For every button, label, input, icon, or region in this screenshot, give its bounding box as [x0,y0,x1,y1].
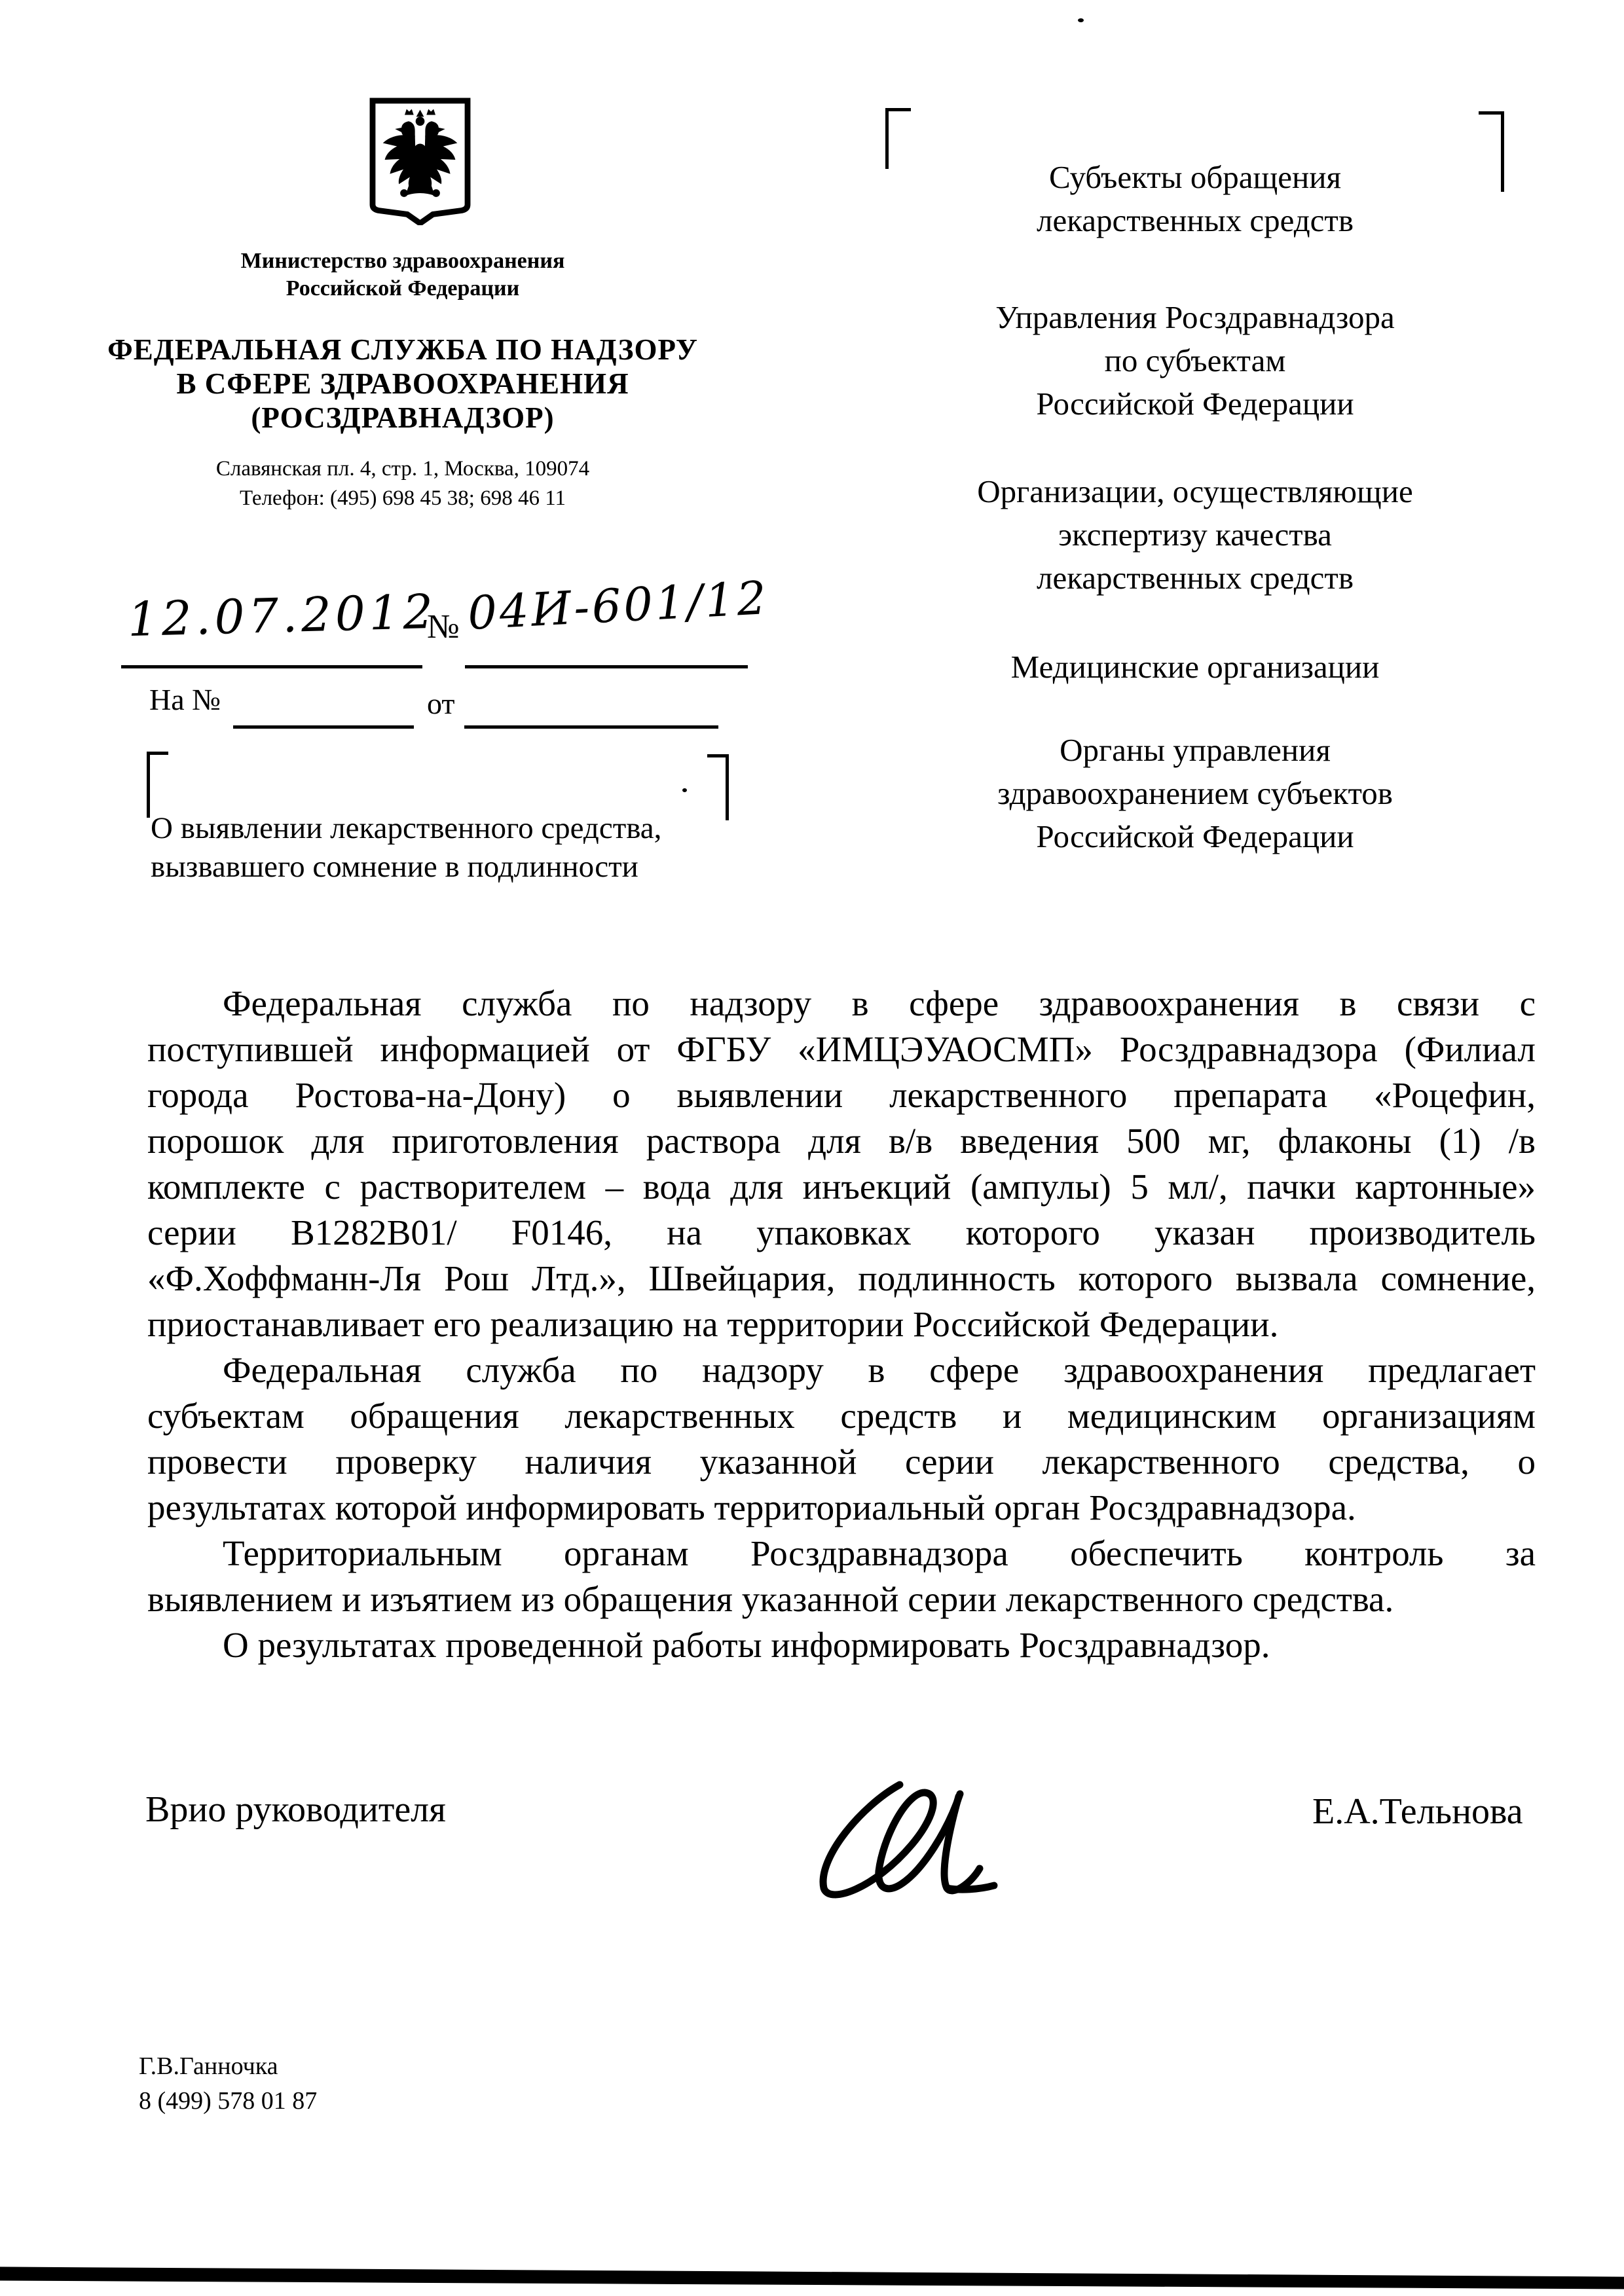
letterhead-contacts: Славянская пл. 4, стр. 1, Москва, 109074… [92,454,714,513]
body-paragraph-4: О результатах проведенной работы информи… [147,1622,1536,1668]
body-line: Территориальным органам Росздравнадзора … [147,1531,1536,1576]
recipient-line: Органы управления [871,729,1519,772]
body-line: серии В1282В01/ F0146, на упаковках кото… [147,1210,1536,1256]
ministry-line1: Министерство здравоохранения [92,247,714,275]
recipient-group-expertise-orgs: Организации, осуществляющие экспертизу к… [871,470,1519,600]
body-line: поступившей информацией от ФГБУ «ИМЦЭУАО… [147,1027,1536,1072]
recipient-line: Управления Росздравнадзора [871,296,1519,339]
coat-of-arms-icon [369,97,471,225]
signer-position-title: Врио руководителя [145,1789,446,1831]
body-paragraph-1: Федеральная служба по надзору в сфере зд… [147,981,1536,1347]
recipient-line: Медицинские организации [871,646,1519,689]
ministry-line2: Российской Федерации [92,275,714,302]
subject-line2: вызвавшего сомнение в подлинности [151,848,740,886]
reply-from-label: от [427,686,455,721]
ministry-name: Министерство здравоохранения Российской … [92,247,714,302]
body-paragraph-3: Территориальным органам Росздравнадзора … [147,1531,1536,1622]
scan-speck [1078,18,1084,22]
body-line: Федеральная служба по надзору в сфере зд… [147,981,1536,1027]
handwritten-outgoing-number: 04И-601/12 [466,571,770,640]
executor-block: Г.В.Ганночка 8 (499) 578 01 87 [139,2049,317,2119]
body-line: субъектам обращения лекарственных средст… [147,1393,1536,1439]
body-line: порошок для приготовления раствора для в… [147,1118,1536,1164]
recipient-group-departments: Управления Росздравнадзора по субъектам … [871,296,1519,426]
service-line2: В СФЕРЕ ЗДРАВООХРАНЕНИЯ [92,367,714,401]
recipient-group-subjects: Субъекты обращения лекарственных средств [871,156,1519,242]
body-line: О результатах проведенной работы информи… [147,1622,1536,1668]
recipient-group-medical-orgs: Медицинские организации [871,646,1519,689]
service-name: ФЕДЕРАЛЬНАЯ СЛУЖБА ПО НАДЗОРУ В СФЕРЕ ЗД… [92,333,714,435]
recipient-line: Организации, осуществляющие [871,470,1519,513]
reply-number-blank [233,725,414,729]
executor-name: Г.В.Ганночка [139,2049,317,2084]
letter-body: Федеральная служба по надзору в сфере зд… [147,981,1536,1668]
body-line: выявлением и изъятием из обращения указа… [147,1576,1536,1622]
handwritten-date: 12.07.2012 [127,584,437,647]
recipient-line: лекарственных средств [871,556,1519,600]
service-line3: (РОСЗДРАВНАДЗОР) [92,401,714,435]
recipient-line: Субъекты обращения [871,156,1519,199]
body-line: города Ростова-на-Дону) о выявлении лека… [147,1072,1536,1118]
date-underline [121,665,422,668]
service-line1: ФЕДЕРАЛЬНАЯ СЛУЖБА ПО НАДЗОРУ [92,333,714,367]
scanned-letter-page: { "letterhead": { "emblem_name": "russia… [0,0,1624,2296]
number-sign: № [427,608,460,646]
body-line: комплекте с растворителем – вода для инъ… [147,1164,1536,1210]
signer-name: Е.А.Тельнова [1312,1791,1523,1832]
letterhead-address: Славянская пл. 4, стр. 1, Москва, 109074 [92,454,714,484]
body-line: провести проверку наличия указанной сери… [147,1439,1536,1485]
reply-prefix: На № [149,682,221,717]
body-line: результатах которой информировать террит… [147,1485,1536,1531]
body-paragraph-2: Федеральная служба по надзору в сфере зд… [147,1347,1536,1531]
scan-artifact-line [79,2269,223,2276]
number-underline [465,665,748,668]
subject-block: О выявлении лекарственного средства, выз… [151,809,740,886]
letterhead-phone: Телефон: (495) 698 45 38; 698 46 11 [92,484,714,513]
subject-line1: О выявлении лекарственного средства, [151,809,740,848]
recipient-line: экспертизу качества [871,513,1519,556]
recipient-line: Российской Федерации [871,815,1519,858]
signature-scribble [783,1760,1006,1914]
recipient-line: Российской Федерации [871,382,1519,426]
subject-corner-mark-left [147,752,168,818]
body-line: «Ф.Хоффманн-Ля Рош Лтд.», Швейцария, под… [147,1256,1536,1302]
recipient-line: здравоохранением субъектов [871,772,1519,815]
executor-phone: 8 (499) 578 01 87 [139,2084,317,2119]
reply-date-blank [464,725,718,729]
recipient-group-health-authorities: Органы управления здравоохранением субъе… [871,729,1519,858]
body-line: приостанавливает его реализацию на терри… [147,1302,1536,1347]
body-line: Федеральная служба по надзору в сфере зд… [147,1347,1536,1393]
recipient-line: по субъектам [871,339,1519,382]
scan-speck [682,788,687,792]
recipient-line: лекарственных средств [871,199,1519,242]
